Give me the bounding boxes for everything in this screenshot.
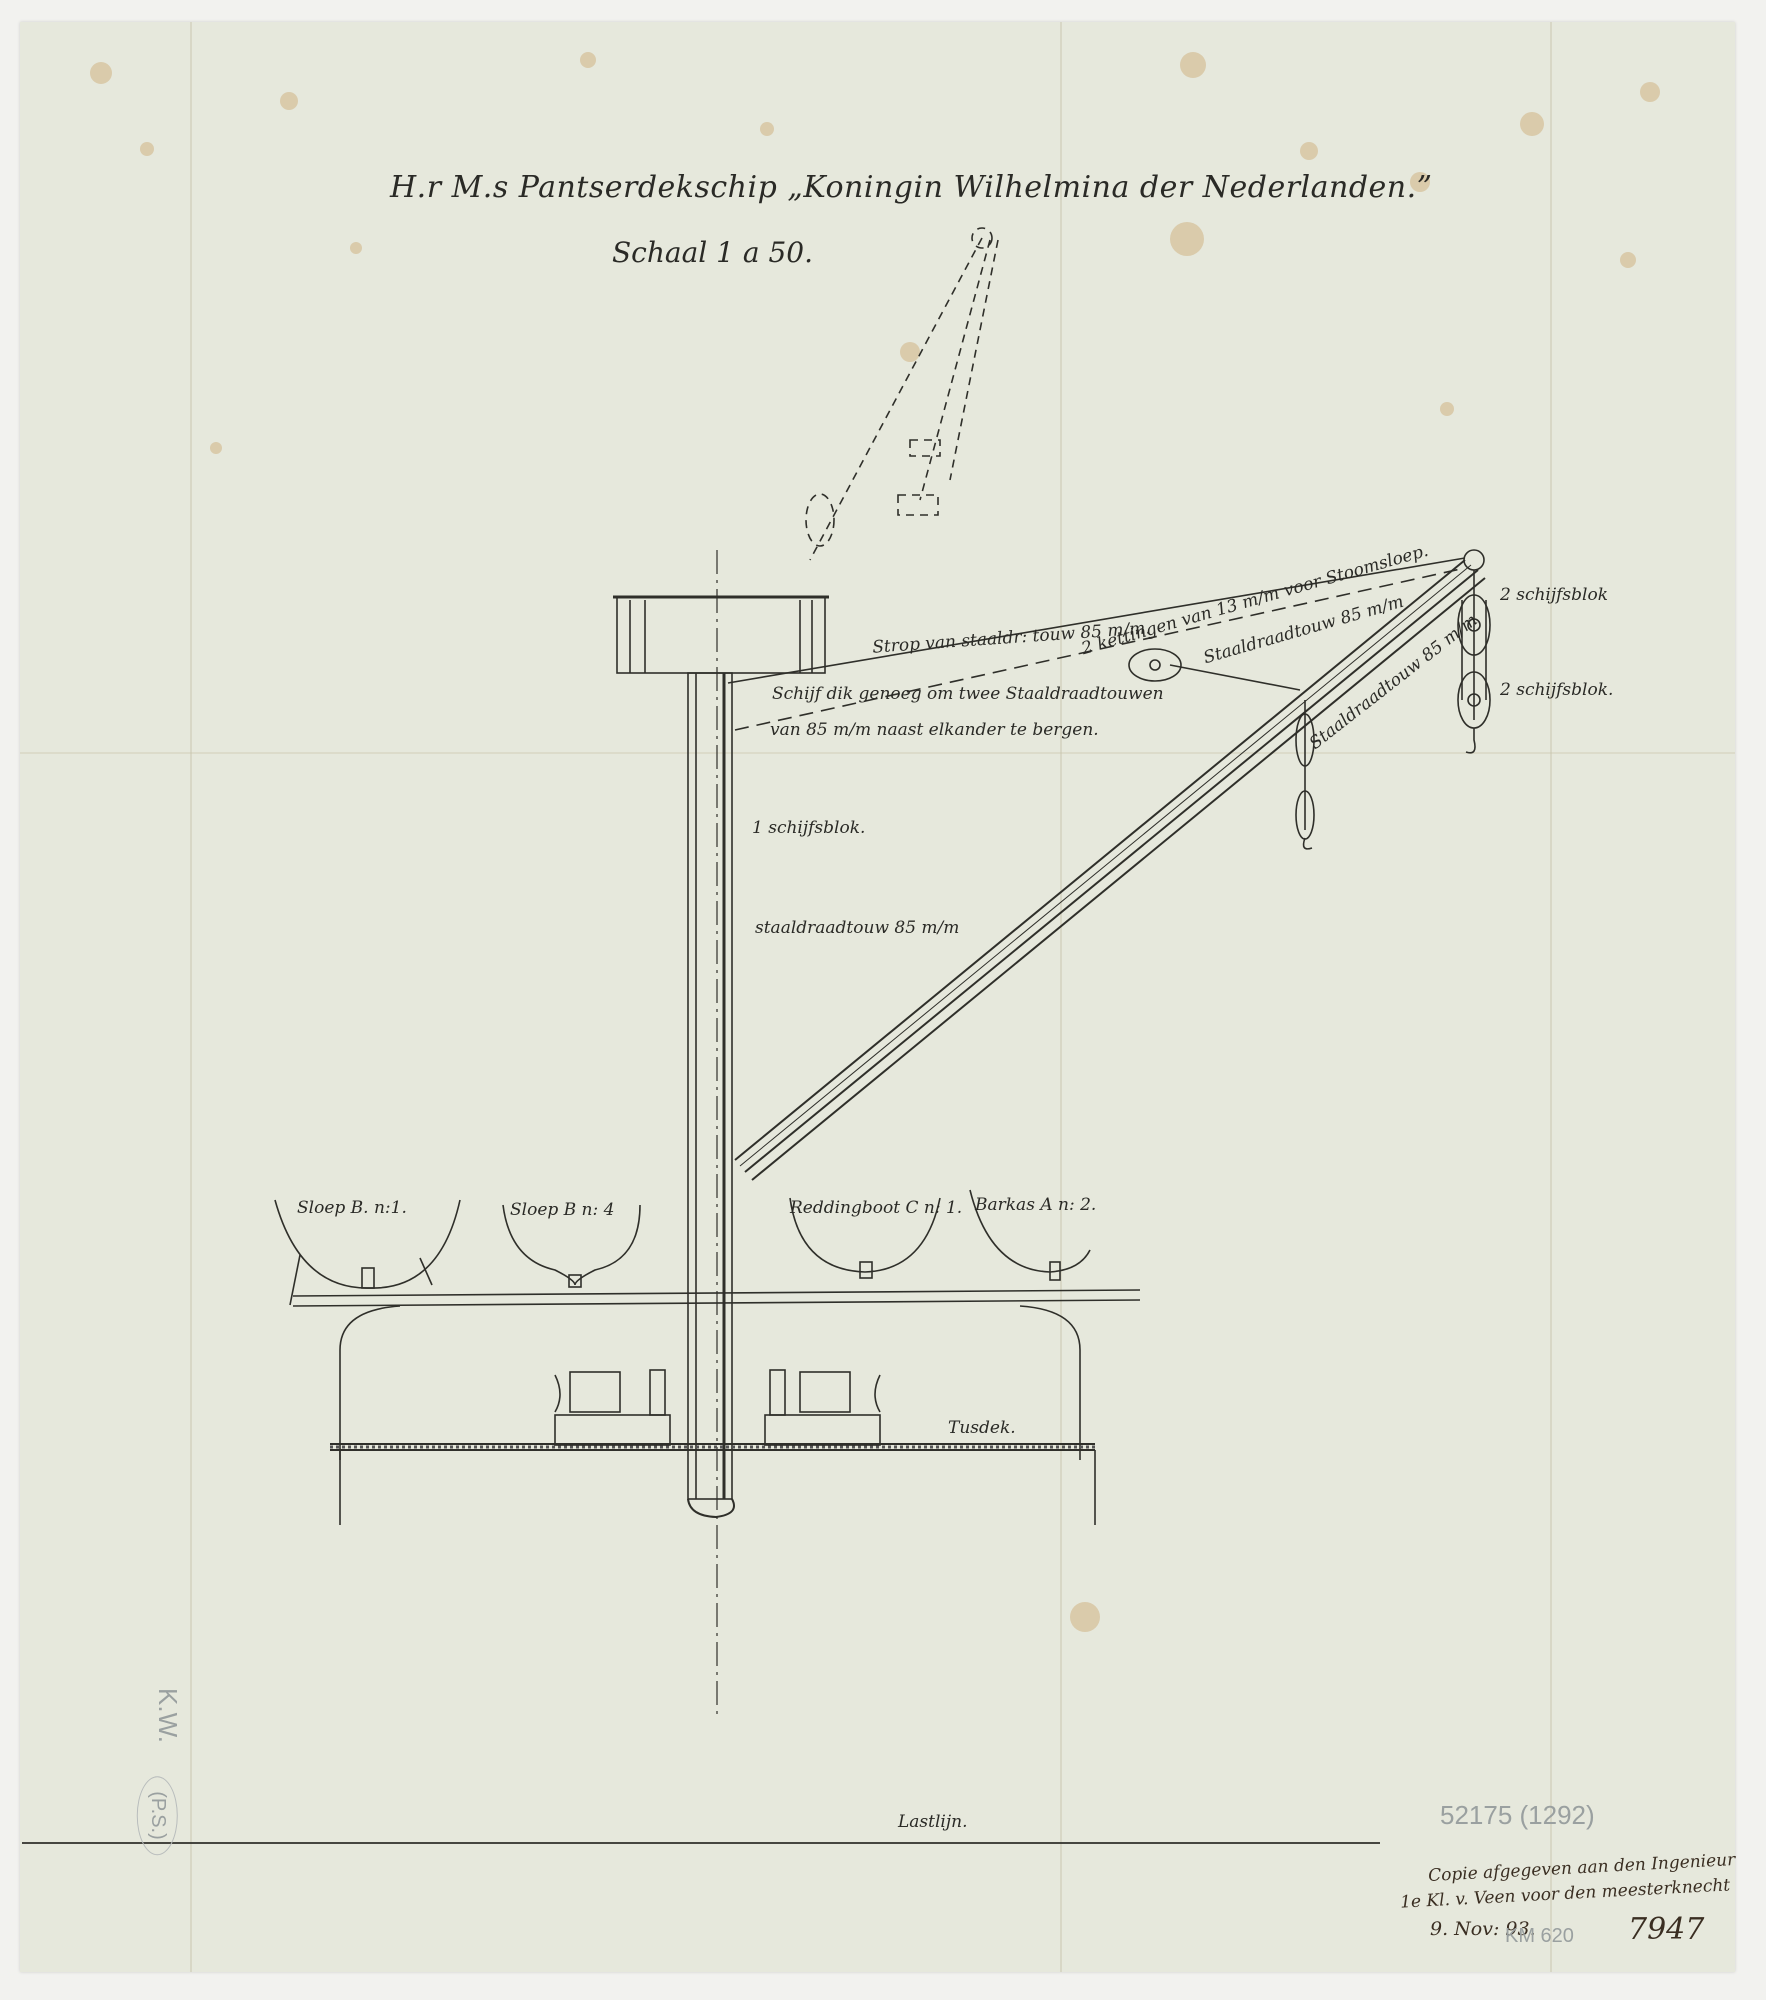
label-lastlijn: Lastlijn.: [898, 1812, 967, 1832]
label-blok-bottom: 2 schijfsblok.: [1500, 680, 1613, 700]
drawing-scale: Schaal 1 a 50.: [612, 236, 813, 269]
winch-right: [765, 1370, 880, 1445]
pencil-archive-number: 52175 (1292): [1440, 1800, 1595, 1831]
label-tussendek: Tusdek.: [948, 1418, 1016, 1438]
boom-head-sheave: [1464, 550, 1484, 570]
between-deck: [330, 1444, 1095, 1450]
drawing-title: H.r M.s Pantserdekschip „Koningin Wilhel…: [390, 170, 1433, 205]
boat-label: Sloep B n: 4: [510, 1200, 614, 1220]
boat-label: Barkas A n: 2.: [975, 1195, 1096, 1215]
pendant: [1170, 665, 1300, 690]
technical-drawing: [0, 0, 1766, 2000]
label-staaldraadtouw-mast: staaldraadtouw 85 m/m: [755, 918, 959, 938]
boat-label: Reddingboot C n: 1.: [790, 1198, 962, 1218]
winch-left: [555, 1370, 670, 1445]
mid-boom-block: [1296, 700, 1314, 849]
mast-top-drum: [613, 597, 829, 673]
label-blok-mast: 1 schijfsblok.: [752, 818, 865, 838]
pencil-note-kw: K.W.: [152, 1688, 183, 1743]
pencil-ref: KM 620: [1505, 1925, 1574, 1948]
derrick-post: [688, 673, 734, 1517]
stowed-position-dashed: [806, 228, 998, 560]
sheet-number: 7947: [1628, 1912, 1704, 1947]
pencil-note-circled: (P.S.): [137, 1776, 178, 1855]
derrick-boom: [735, 560, 1485, 1180]
label-schijf-line1: Schijf dik genoeg om twee Staaldraadtouw…: [772, 684, 1164, 704]
boat-label: Sloep B. n:1.: [297, 1198, 407, 1218]
label-blok-top: 2 schijfsblok: [1500, 585, 1608, 605]
label-schijf-line2: van 85 m/m naast elkander te bergen.: [770, 720, 1099, 740]
